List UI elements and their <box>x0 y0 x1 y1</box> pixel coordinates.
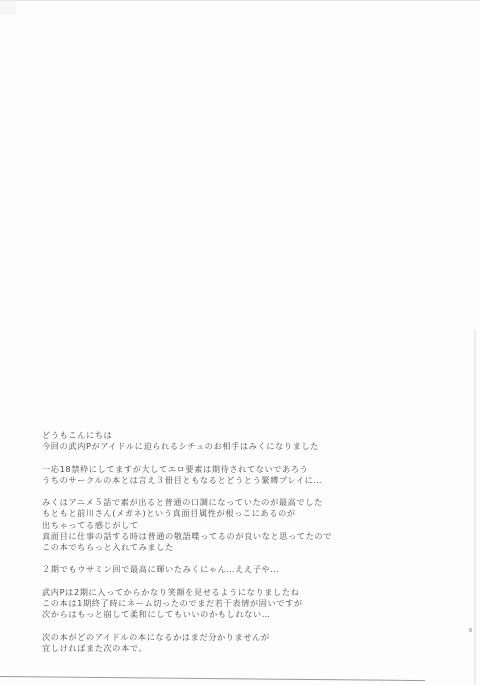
text-line: ２期でもウサミン回で最高に輝いたみくにゃん…ええ子や… <box>42 564 462 575</box>
text-line: どうもこんにちは <box>42 430 462 441</box>
text-line: 一応18禁枠にしてますが大してエロ要素は期待されてないであろう <box>42 464 462 475</box>
page-right-edge <box>474 330 476 685</box>
paragraph-season-two: ２期でもウサミン回で最高に輝いたみくにゃん…ええ子や… <box>42 564 462 575</box>
afterword-text-block: どうもこんにちは 今回の武内Pがアイドルに迫られるシチュのお相手はみくになりまし… <box>42 430 462 654</box>
text-line: この本は1期終了時にネーム切ったのでまだ若干表情が固いですが <box>42 598 462 609</box>
paragraph-producer-notes: 武内Pは2期に入ってからかなり笑顔を見せるようになりましたね この本は1期終了時… <box>42 587 462 621</box>
text-line: もともと前川さん(メガネ)という真面目属性が根っこにあるのが <box>42 508 462 519</box>
paragraph-rating-note: 一応18禁枠にしてますが大してエロ要素は期待されてないであろう うちのサークルの… <box>42 464 462 486</box>
text-line: 次からはもっと崩して柔和にしてもいいのかもしれない… <box>42 609 462 620</box>
text-line: 真面目に仕事の話する時は普通の敬語喋ってるのが良いなと思ってたので <box>42 531 462 542</box>
text-line: 出ちゃってる感じがして <box>42 520 462 531</box>
scan-smudge <box>469 628 472 632</box>
text-line: みくはアニメ５話で素が出ると普通の口調になっていたのが最高でした <box>42 497 462 508</box>
text-line: 次の本がどのアイドルの本になるかはまだ分かりませんが <box>42 632 462 643</box>
paragraph-closing: 次の本がどのアイドルの本になるかはまだ分かりませんが 宜しければまた次の本で。 <box>42 632 462 654</box>
text-line: 宜しければまた次の本で。 <box>42 643 462 654</box>
page-bottom-edge <box>0 676 425 681</box>
scan-corner-mark <box>0 1 16 15</box>
scanned-page: どうもこんにちは 今回の武内Pがアイドルに迫られるシチュのお相手はみくになりまし… <box>0 0 480 685</box>
paragraph-greeting: どうもこんにちは 今回の武内Pがアイドルに迫られるシチュのお相手はみくになりまし… <box>42 430 462 452</box>
paragraph-character-notes: みくはアニメ５話で素が出ると普通の口調になっていたのが最高でした もともと前川さ… <box>42 497 462 553</box>
text-line: この本でちらっと入れてみました <box>42 542 462 553</box>
text-line: 今回の武内Pがアイドルに迫られるシチュのお相手はみくになりました <box>42 441 462 452</box>
page-top-edge <box>0 0 480 1</box>
text-line: うちのサークルの本とは言え３冊目ともなるとどうとう緊縛プレイに… <box>42 475 462 486</box>
text-line: 武内Pは2期に入ってからかなり笑顔を見せるようになりましたね <box>42 587 462 598</box>
